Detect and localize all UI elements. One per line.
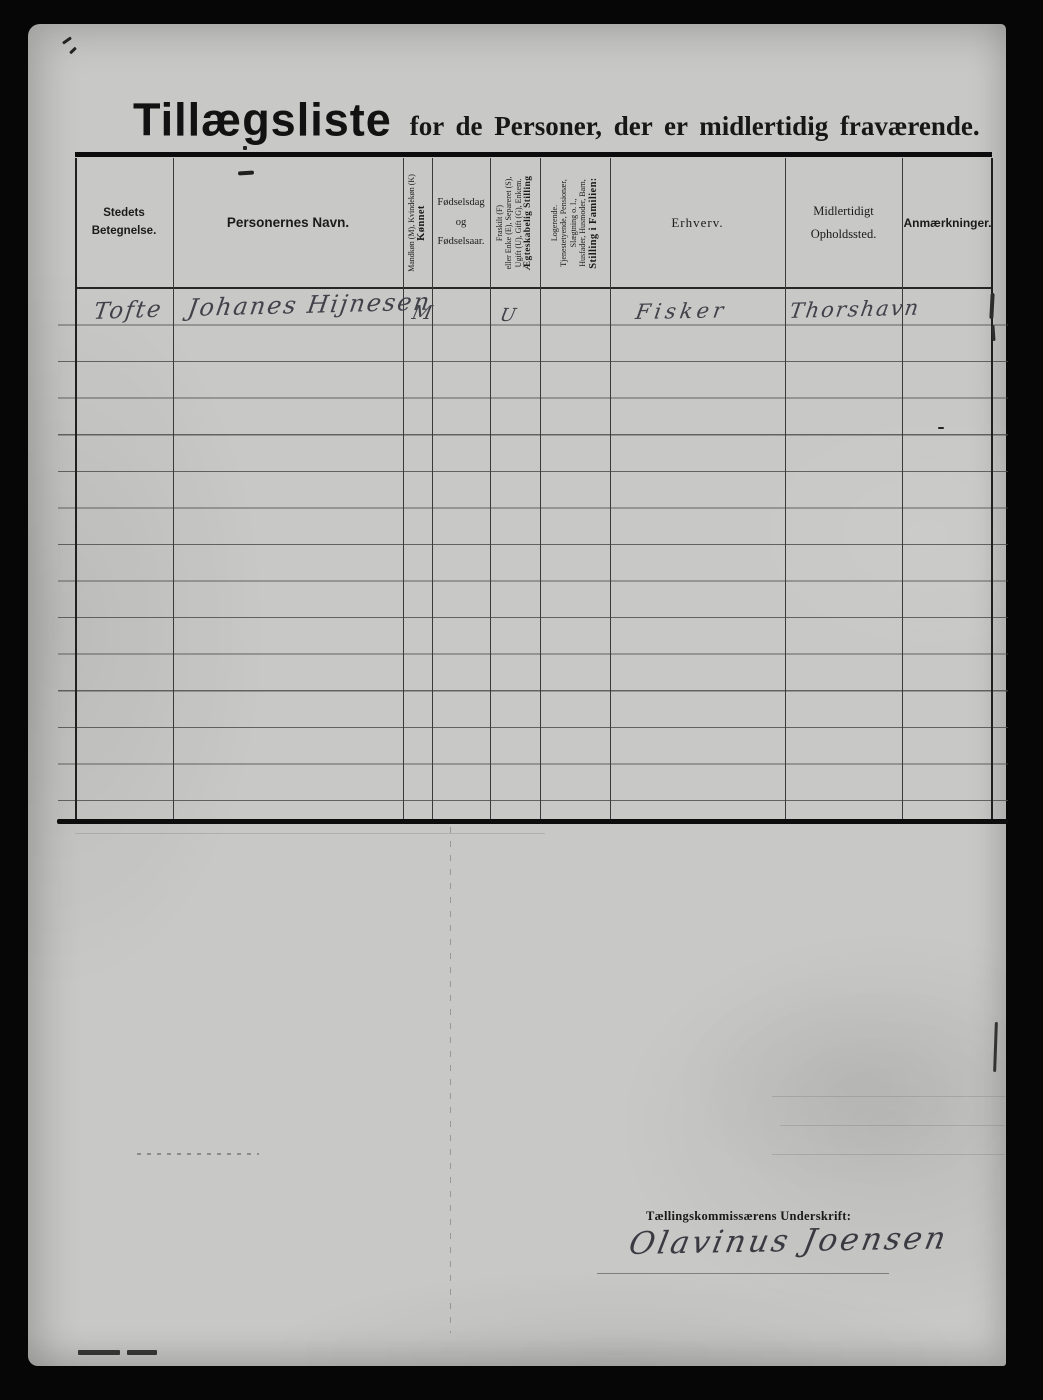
vertical-header-text: Mandkøn (M), Kvindekøn (K) Kønnet	[407, 163, 429, 283]
column-divider	[173, 158, 174, 820]
header-subline: Logerende.	[550, 163, 559, 283]
header-subline: Mandkøn (M), Kvindekøn (K)	[407, 163, 416, 283]
table-bottom-rule	[57, 819, 1008, 824]
speck	[938, 427, 944, 429]
scanned-census-page: Tillægsliste for de Personer, der er mid…	[0, 0, 1043, 1400]
vertical-header-text: Logerende. Tjenestetyende, Pensionær, Sl…	[550, 163, 600, 283]
column-header-anmaerkninger: Anmærkninger.	[902, 158, 993, 287]
column-header-aegteskabelig-stilling: Fraskilt (F) eller Enke (E), Separeret (…	[490, 158, 540, 287]
column-header-fodselsdag: Fødselsdag og Fødselsaar.	[432, 158, 490, 287]
column-header-midlertidigt-opholdssted: Midlertidigt Opholdssted.	[785, 158, 902, 287]
header-line: Stedets	[103, 205, 145, 222]
column-divider	[785, 158, 786, 820]
page-title-subtitle: for de Personer, der er midlertidig frav…	[410, 111, 980, 142]
column-header-personernes-navn: Personernes Navn.	[173, 158, 403, 287]
ghost-line	[772, 1096, 1005, 1097]
header-line: Erhverv.	[671, 215, 723, 231]
header-label: Kønnet	[416, 163, 428, 283]
header-subline: eller Enke (E), Separeret (S),	[505, 163, 514, 283]
table-border-left	[75, 158, 77, 820]
header-label: Ægteskabelig Stilling	[524, 163, 535, 283]
header-subline: Fraskilt (F)	[495, 163, 504, 283]
page-title-main: Tillægsliste	[133, 93, 392, 147]
vertical-header-text: Fraskilt (F) eller Enke (E), Separeret (…	[495, 163, 535, 283]
column-divider	[902, 158, 903, 820]
header-line: Midlertidigt	[813, 200, 873, 223]
column-divider	[610, 158, 611, 820]
header-subline: Ugift (U), Gift (G), Enkem.	[514, 163, 523, 283]
header-label: Stilling i Familien:	[588, 163, 600, 283]
header-line: Anmærkninger.	[903, 216, 991, 230]
ghost-fold-line	[450, 827, 451, 1333]
header-subline: Tjenestetyende, Pensionær,	[559, 163, 568, 283]
signature-underline	[597, 1273, 889, 1274]
ghost-line	[75, 833, 545, 834]
header-line: Personernes Navn.	[227, 215, 349, 230]
column-divider	[540, 158, 541, 820]
header-subline: Husfader, Husmoder, Barn,	[578, 163, 587, 283]
ghost-dotted-trace	[137, 1153, 259, 1155]
printer-imprint	[78, 1350, 157, 1355]
column-header-erhverv: Erhverv.	[610, 158, 785, 287]
header-line: Betegnelse.	[92, 223, 157, 240]
column-divider	[490, 158, 491, 820]
entry-erhverv: Fisker	[634, 298, 729, 324]
table-row-lines	[58, 289, 1008, 801]
header-line: Opholdssted.	[811, 223, 877, 246]
header-line: Fødselsaar.	[438, 232, 485, 252]
entry-stedets-betegnelse: Tofte	[92, 296, 164, 325]
ghost-line	[780, 1125, 1005, 1126]
column-divider	[403, 158, 404, 820]
speck	[243, 146, 247, 150]
entry-midlertidigt-opholdssted: Thorshavn	[788, 295, 922, 323]
header-subline: Slægtning o. l.,	[569, 163, 578, 283]
page-title: Tillægsliste for de Personer, der er mid…	[133, 94, 980, 146]
column-header-stedets-betegnelse: Stedets Betegnelse.	[75, 158, 173, 287]
column-header-stilling-i-familien: Logerende. Tjenestetyende, Pensionær, Sl…	[540, 158, 610, 287]
header-line: Fødselsdag	[437, 193, 484, 213]
ghost-line	[772, 1154, 1005, 1155]
title-rule	[75, 152, 992, 157]
header-line: og	[456, 213, 467, 233]
column-header-konnet: Mandkøn (M), Kvindekøn (K) Kønnet	[403, 158, 432, 287]
column-divider	[432, 158, 433, 820]
commissioner-signature: Olavinus Joensen	[626, 1220, 952, 1262]
table-border-right	[991, 158, 993, 820]
